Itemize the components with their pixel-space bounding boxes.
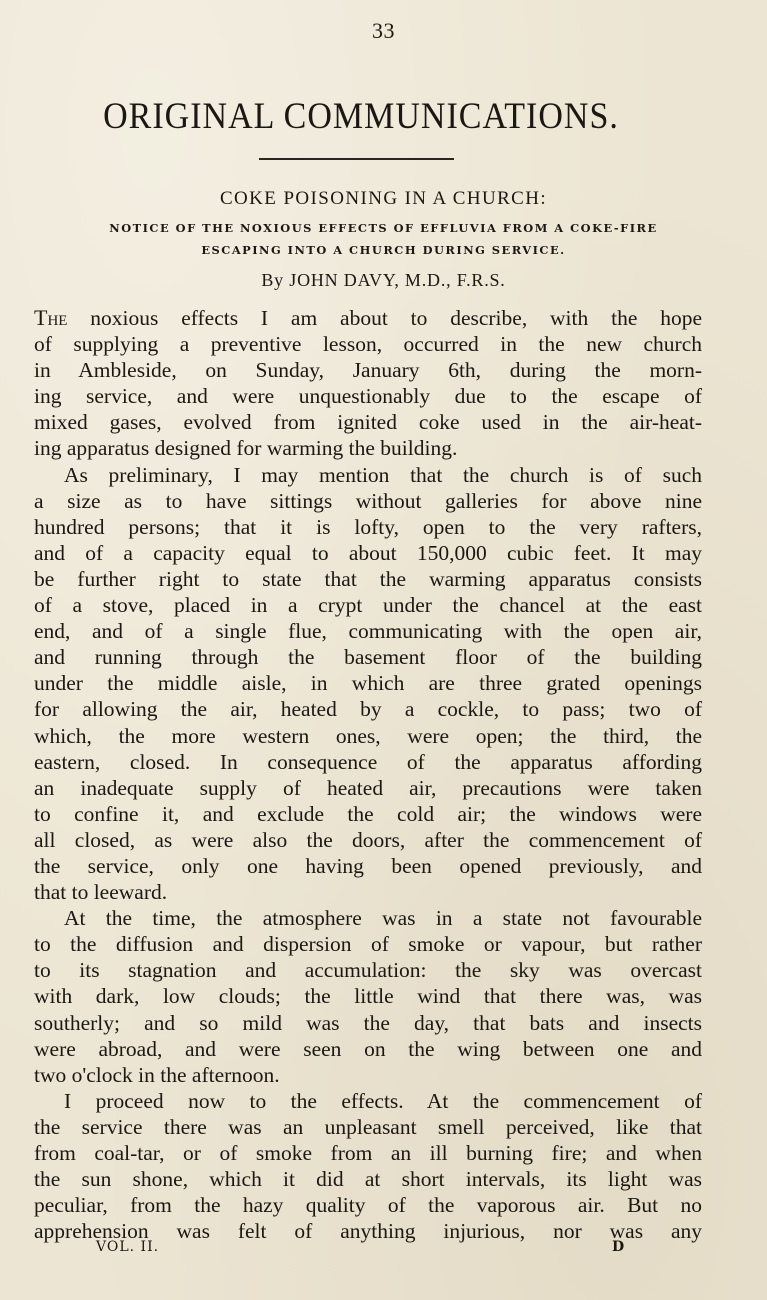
body-line: end, and of a single flue, communicating… [34,618,702,644]
body-line: a size as to have sittings without galle… [34,488,702,514]
body-line: and of a capacity equal to about 150,000… [34,540,702,566]
body-line-paragraph-start: I proceed now to the effects. At the com… [34,1088,702,1114]
book-page: 33 ORIGINAL COMMUNICATIONS. COKE POISONI… [0,0,767,1300]
body-line: of a stove, placed in a crypt under the … [34,592,702,618]
body-line: were abroad, and were seen on the wing b… [34,1036,702,1062]
body-line: eastern, closed. In consequence of the a… [34,749,702,775]
body-line: an inadequate supply of heated air, prec… [34,775,702,801]
body-line: of supplying a preventive lesson, occurr… [34,331,702,357]
body-line: hundred persons; that it is lofty, open … [34,514,702,540]
volume-label: VOL. II. [96,1239,159,1255]
body-line-paragraph-start: As preliminary, I may mention that the c… [34,462,702,488]
body-line: the sun shone, which it did at short int… [34,1166,702,1192]
body-line: to the diffusion and dispersion of smoke… [34,931,702,957]
body-line: be further right to state that the warmi… [34,566,702,592]
body-line: The noxious effects I am about to descri… [34,305,702,331]
heading-divider-rule [259,158,454,160]
body-line: two o'clock in the afternoon. [34,1062,702,1088]
body-line: mixed gases, evolved from ignited coke u… [34,409,702,435]
page-footer: VOL. II. D [0,1239,767,1263]
page-number: 33 [0,18,767,44]
body-line: southerly; and so mild was the day, that… [34,1010,702,1036]
body-line: ing service, and were unquestionably due… [34,383,702,409]
body-line: under the middle aisle, in which are thr… [34,670,702,696]
article-subtitle-line-2: ESCAPING INTO A CHURCH DURING SERVICE. [0,243,767,257]
body-line: for allowing the air, heated by a cockle… [34,696,702,722]
body-line: with dark, low clouds; the little wind t… [34,983,702,1009]
body-line: the service, only one having been opened… [34,853,702,879]
article-body: The noxious effects I am about to descri… [34,305,702,1244]
body-line-paragraph-start: At the time, the atmosphere was in a sta… [34,905,702,931]
body-line: which, the more western ones, were open;… [34,723,702,749]
body-line: to confine it, and exclude the cold air;… [34,801,702,827]
article-subtitle-line-1: NOTICE OF THE NOXIOUS EFFECTS OF EFFLUVI… [0,221,767,235]
article-title: COKE POISONING IN A CHURCH: [0,188,767,210]
body-line: in Ambleside, on Sunday, January 6th, du… [34,357,702,383]
body-line: to its stagnation and accumulation: the … [34,957,702,983]
section-heading: ORIGINAL COMMUNICATIONS. [0,96,722,137]
signature-mark: D [612,1239,625,1255]
body-line: from coal-tar, or of smoke from an ill b… [34,1140,702,1166]
body-line: all closed, as were also the doors, afte… [34,827,702,853]
body-line: the service there was an unpleasant smel… [34,1114,702,1140]
body-line: peculiar, from the hazy quality of the v… [34,1192,702,1218]
opening-small-caps-word: The [34,305,67,330]
body-line: ing apparatus designed for warming the b… [34,435,702,461]
body-line: and running through the basement floor o… [34,644,702,670]
body-line: that to leeward. [34,879,702,905]
article-byline: By JOHN DAVY, M.D., F.R.S. [0,270,767,291]
